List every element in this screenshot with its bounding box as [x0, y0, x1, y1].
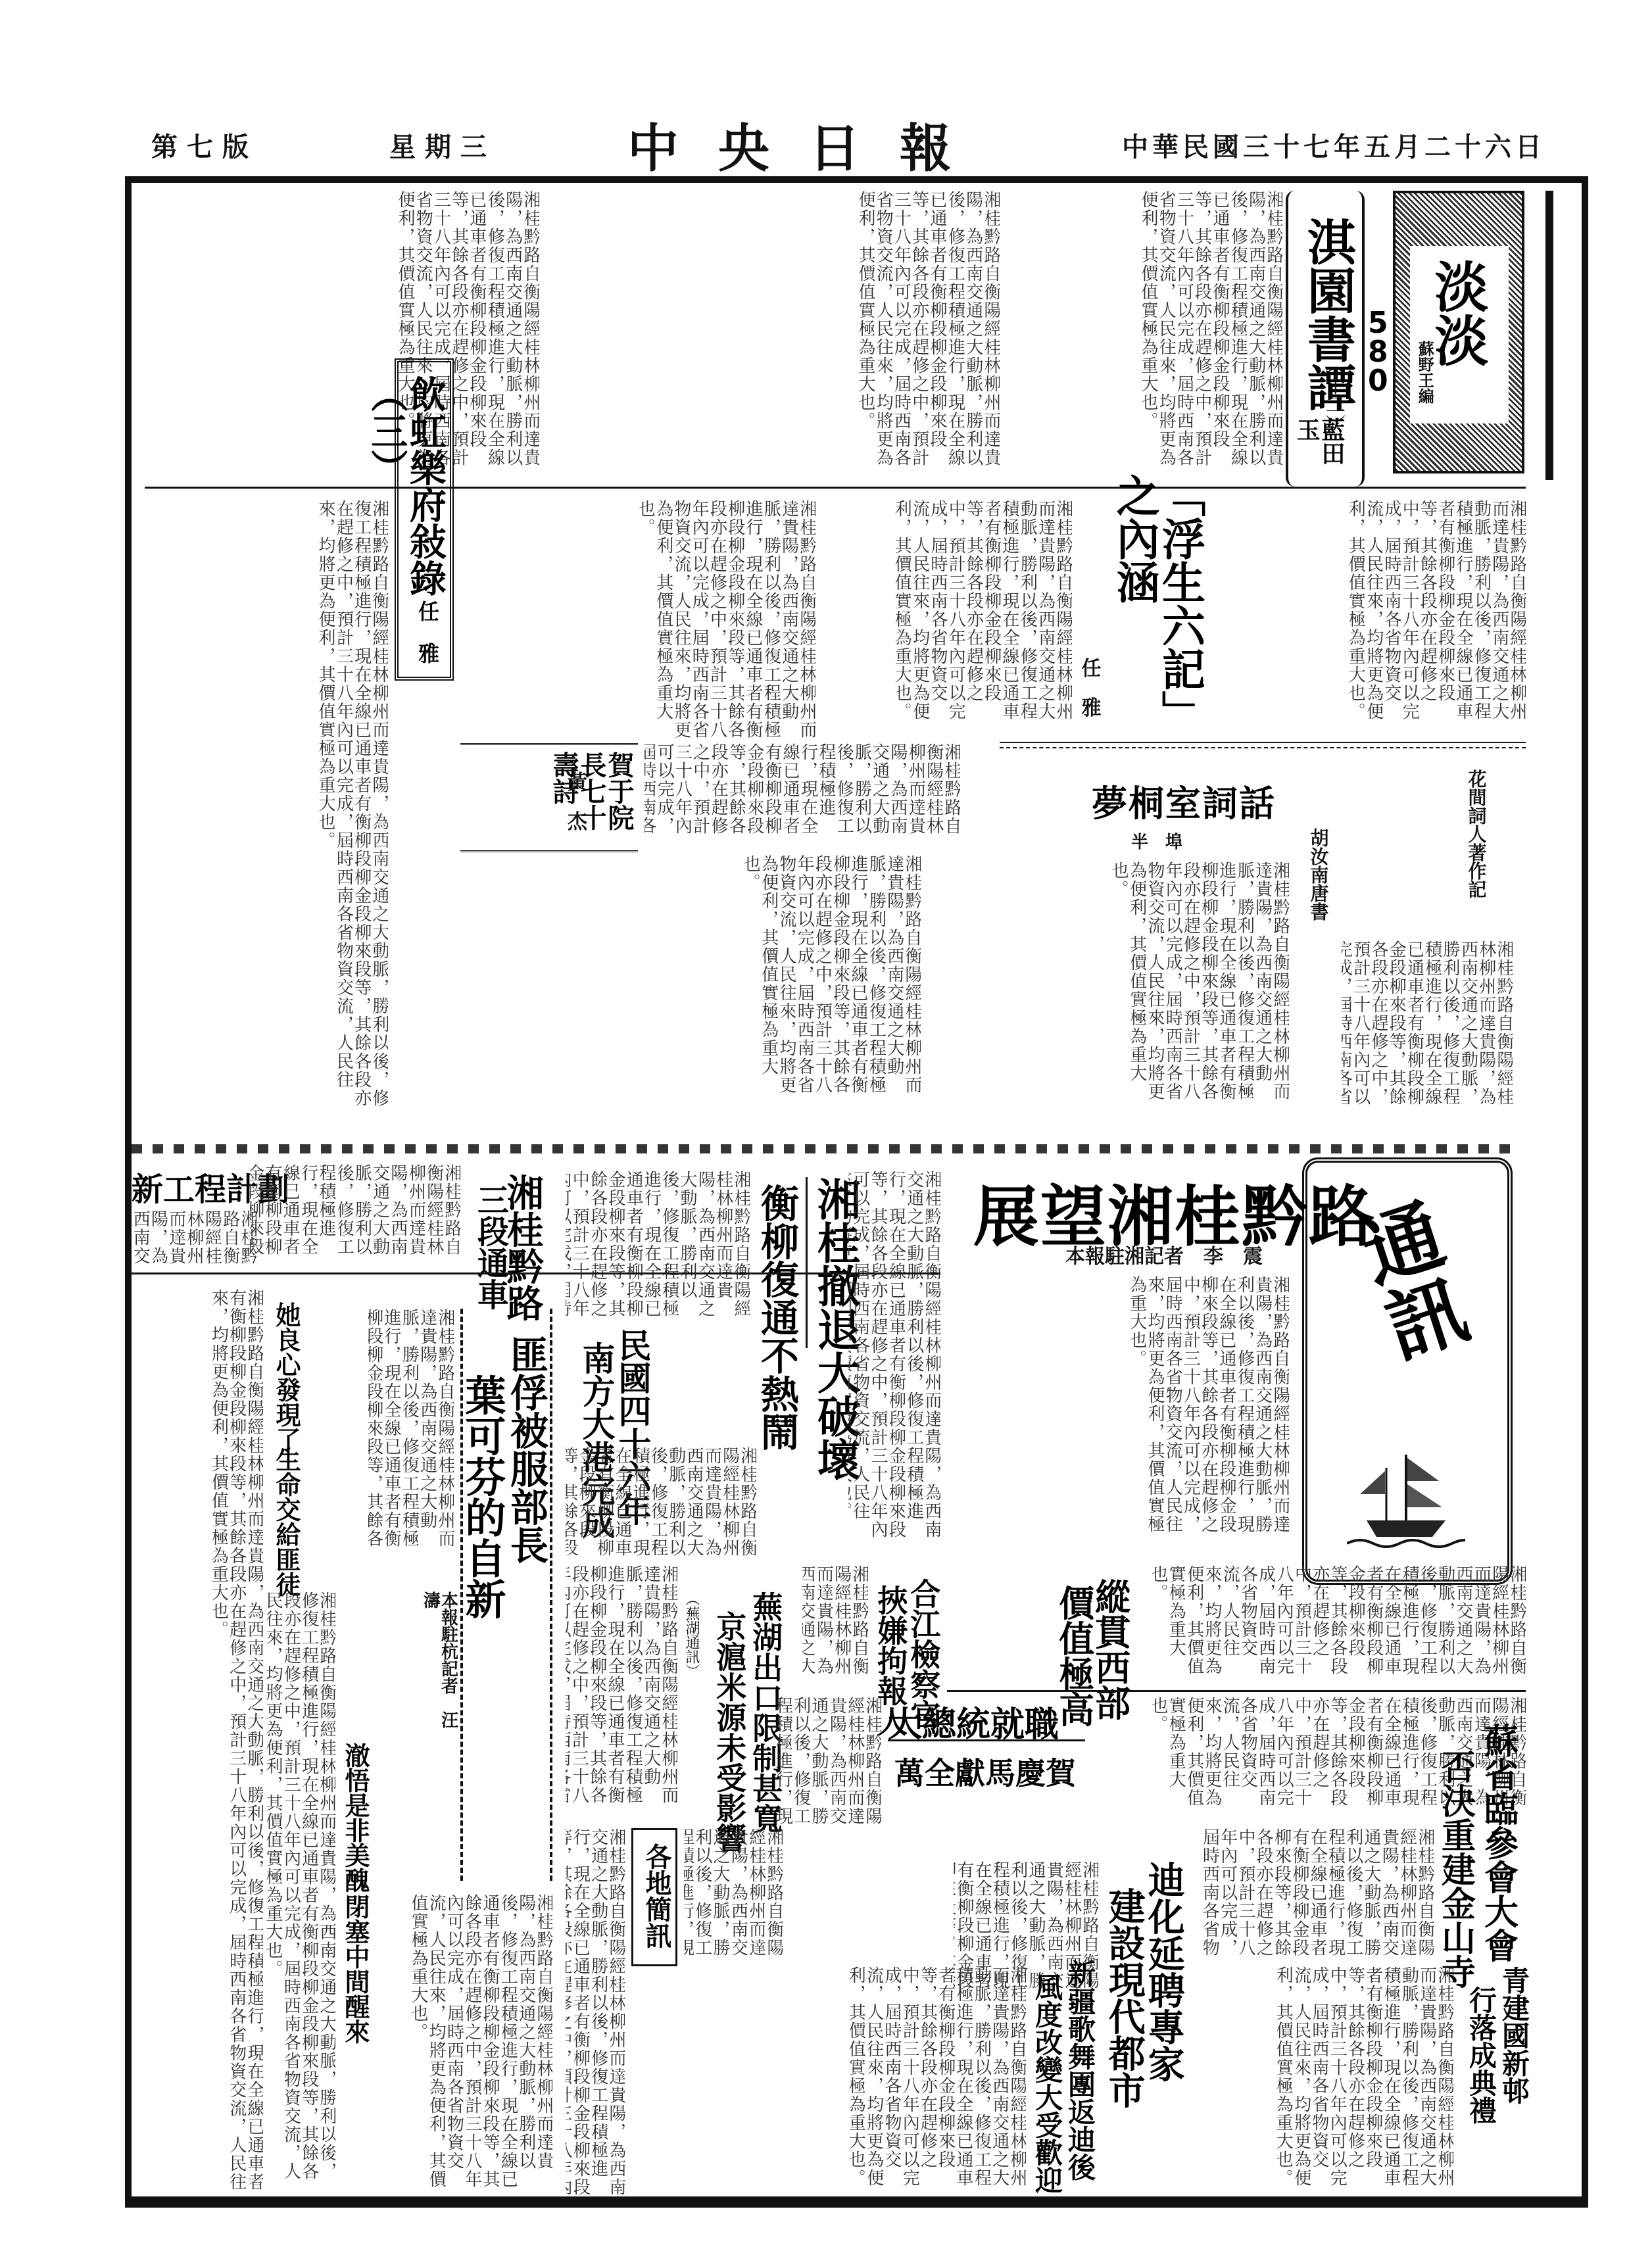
- article-body: 湘桂黔路自衡陽經桂林柳州而達貴陽，為西南交通之大動脈，勝利以後，修復工程積極進行…: [566, 1565, 677, 1808]
- ye-subsection-1: 她良心發現了: [273, 1302, 299, 1452]
- article-body: 湘桂黔路自衡陽經桂林柳州而達貴陽，為西南交通之大動脈，勝利以後，修復工程積極進行…: [566, 1828, 625, 2196]
- three-sections-subtitle: 三段通車: [474, 1184, 506, 1310]
- article-body: 湘桂黔路自衡陽經桂林柳州而達貴陽，為西南交通之大動脈，勝利以後，修復工程積極進行…: [1263, 1966, 1453, 2190]
- section-rule: [145, 487, 1526, 489]
- xianggui-byline: 本報駐湘記者 李 震: [1065, 1240, 1263, 1269]
- retreat-subtitle: 衡柳復通不熱鬧: [756, 1184, 796, 1451]
- ye-title: 匪俘被服部長: [506, 1335, 546, 1564]
- dihua-subtitle: 建設現代都市: [1105, 1887, 1144, 2108]
- birthday-poem: 賀于院長七十壽詩 黃 杰: [460, 743, 638, 852]
- article-body: 湘桂黔路自衡陽經桂林柳州而達貴陽，為西南交通之大動脈，勝利以後，修復工程積極進行…: [381, 1894, 552, 2196]
- article-body: 湘桂黔路自衡陽經桂林柳州而達貴陽，為西南交通之大動脈，勝利以後，修復工程積極進行…: [776, 1697, 881, 1828]
- president-subtitle: 萬全獻馬慶賀: [894, 1749, 1076, 1793]
- book-review-header: 淇園書譚 （十二） 藍田玉: [1286, 191, 1365, 487]
- cihua-side-title: 花間詞人著作記: [1467, 769, 1486, 898]
- yinhong-header: 飲虹樂府敍錄（三） 任 雅: [395, 358, 454, 681]
- book-ad: 淡淡 蘇野王編: [1393, 191, 1524, 473]
- article-body: 湘桂黔路自衡陽經桂林柳州而達貴陽，為西南交通之大動脈，勝利以後，修復工程積極進行…: [460, 855, 921, 1111]
- article-body: 湘桂黔路自衡陽經桂林柳州而達貴陽，為西南交通之大動脈，勝利以後，修復工程積極進行…: [566, 1447, 756, 1559]
- article-body: 湘桂黔路自衡陽經桂林柳州而達貴陽，為西南交通之大動脈，勝利以後，修復工程積極進行…: [145, 500, 388, 1111]
- article-body: 湘桂黔路自衡陽經桂林柳州而達貴陽，為西南交通之大動脈，勝利以後，修復工程積極進行…: [145, 191, 539, 480]
- article-body: 湘桂黔路自衡陽經桂林柳州而達貴陽，為西南交通之大動脈，勝利以後，修復工程積極進行…: [460, 500, 815, 750]
- article-body: 湘桂黔路自衡陽經桂林柳州而達貴陽，為西南交通之大動脈，勝利以後，修復工程積極進行…: [684, 1828, 783, 1960]
- xinjiang-subtitle: 風度改變大受歡迎: [1032, 1973, 1061, 2194]
- ye-header: 匪俘被服部長 葉可芬的自新: [460, 1309, 552, 1881]
- ye-subtitle: 葉可芬的自新: [461, 1374, 504, 1619]
- headline-rule: [806, 1177, 808, 1348]
- issue-date: 中華民國三十七年五月二十六日: [1122, 126, 1545, 164]
- article-body: 湘桂黔路自衡陽經桂林柳州而達貴陽，為西南交通之大動脈，勝利以後，修復工程積極進行…: [566, 1171, 750, 1322]
- qingdao-title: 青建國新邨: [1499, 1966, 1528, 2104]
- ye-byline: 本報駐杭記者 汪 濤: [421, 1591, 457, 1736]
- article-body: 湘桂黔路自衡陽經桂林柳州而達貴陽，為西南交通之大動脈，勝利以後，修復工程積極進行…: [789, 1966, 1026, 2196]
- cihua-subheading: 胡汝南唐書: [1309, 829, 1328, 921]
- fusheng-header: 「浮生六記」之內涵: [1105, 460, 1177, 763]
- qingdao-subtitle: 行落成典禮: [1467, 1986, 1495, 2124]
- page-number: 第七版: [151, 126, 258, 164]
- article-body: 湘桂黔路自衡陽經桂林柳州而達貴陽，為西南交通之大動脈，勝利以後，修復工程積極進行…: [822, 500, 1072, 737]
- masthead: 第七版 星期三 中央日報 中華民國三十七年五月二十六日: [151, 118, 1545, 171]
- article-body: 湘桂黔路自衡陽經桂林柳州而達貴陽，為西南交通之大動脈，勝利以後，修復工程積極進行…: [368, 1309, 454, 1559]
- article-body: 湘桂黔路自衡陽經桂林柳州而達貴陽，為西南交通之大動脈，勝利以後，修復工程積極進行…: [848, 1171, 940, 1539]
- article-body: 湘桂黔路自衡陽經桂林柳州而達貴陽，為西南交通之大動脈，勝利以後，修復工程積極進行…: [250, 1164, 460, 1269]
- ye-subsection-3: 澈悟是非美醜: [342, 1743, 368, 1893]
- article-body: 湘桂黔路自衡陽經桂林柳州而達貴陽，為西南交通之大動脈，勝利以後，修復工程積極進行…: [132, 1210, 256, 1269]
- article-body: 湘桂黔路自衡陽經桂林柳州而達貴陽，為西南交通之大動脈，勝利以後，修復工程積極進行…: [947, 1276, 1289, 1539]
- fusheng-author: 任 雅: [1079, 658, 1100, 717]
- local-briefs-header: 各地簡訊: [631, 1828, 677, 1966]
- section-divider-wavy: [132, 1144, 1513, 1153]
- column-rule: [1545, 191, 1553, 480]
- local-briefs-title: 各地簡訊: [643, 1843, 670, 1949]
- dihua-title: 迪化延聘專家: [1144, 1861, 1183, 2082]
- book-review-author: 藍田玉: [1294, 418, 1344, 487]
- article-body: 湘桂黔路自衡陽經桂林柳州而達貴陽，為西南交通之大動脈，勝利以後，修復工程積極進行…: [250, 1591, 335, 2196]
- book-ad-title: 淡淡: [1429, 259, 1486, 367]
- bottom-rule: [125, 2196, 1588, 2202]
- suzhou-title: 蘇省臨參會大會: [1480, 1723, 1516, 1962]
- article-body: 湘桂黔路自衡陽經桂林柳州而達貴陽，為西南交通之大動脈，勝利以後，修復工程積極進行…: [132, 1289, 263, 2196]
- president-title: 大總統就職: [888, 1697, 1059, 1746]
- xinjiang-title: 新疆歌舞團返迪後: [1065, 1960, 1094, 2181]
- cihua-rule: [1000, 742, 1526, 748]
- article-body: 湘桂黔路自衡陽經桂林柳州而達貴陽，為西南交通之大動脈，勝利以後，修復工程積極進行…: [559, 191, 1000, 480]
- three-sections-title: 湘桂黔路: [503, 1174, 542, 1321]
- article-body: 湘桂黔路自衡陽經桂林柳州而達貴陽，為西南交通之大動脈，勝利以後，修復工程積極進行…: [1000, 861, 1289, 1111]
- west-subtitle: 價值極高: [1056, 1585, 1093, 1727]
- article-body: 湘桂黔路自衡陽經桂林柳州而達貴陽，為西南交通之大動脈，勝利以後，修復工程積極進行…: [1184, 500, 1526, 737]
- birthday-poem-title: 賀于院長七十壽詩: [550, 752, 633, 850]
- series-number: 580: [1368, 309, 1394, 396]
- section-rule: [132, 1272, 940, 1274]
- article-body: 湘桂黔路自衡陽經桂林柳州而達貴陽，為西南交通之大動脈，勝利以後，修復工程積極進行…: [1203, 1828, 1434, 1960]
- birthday-poem-author: 黃 杰: [565, 771, 586, 831]
- wuhu-dateline: （蕪湖通訊）: [684, 1591, 699, 1678]
- weekday: 星期三: [389, 126, 496, 164]
- yinhong-author: 任 雅: [416, 600, 438, 664]
- book-ad-credit: 蘇野王編: [1417, 341, 1433, 404]
- ye-subsection-2: 生命交給匪徒: [273, 1447, 299, 1597]
- cihua-author: 半 埠: [1131, 829, 1182, 853]
- article-body: 湘桂黔路自衡陽經桂林柳州而達貴陽，為西南交通之大動脈，勝利以後，修復工程積極進行…: [1342, 940, 1513, 1111]
- newspaper-title: 中央日報: [627, 108, 990, 182]
- section-rule: [947, 1690, 1526, 1692]
- article-body: 湘桂黔路自衡陽經桂林柳州而達貴陽，為西南交通之大動脈，勝利以後，修復工程積極進行…: [802, 1565, 868, 1684]
- headline-rule: [888, 1739, 1085, 1741]
- article-body: 湘桂黔路自衡陽經桂林柳州而達貴陽，為西南交通之大動脈，勝利以後，修復工程積極進行…: [644, 743, 960, 848]
- suzhou-subtitle: 否決重建金山寺: [1437, 1749, 1473, 1989]
- article-body: 湘桂黔路自衡陽經桂林柳州而達貴陽，為西南交通之大動脈，勝利以後，修復工程積極進行…: [1006, 191, 1282, 480]
- book-ad-inner: 淡淡 蘇野王編: [1410, 246, 1509, 424]
- ship-illustration: [1347, 1441, 1465, 1553]
- article-body: 湘桂黔路自衡陽經桂林柳州而達貴陽，為西南交通之大動脈，勝利以後，修復工程積極進行…: [1131, 1565, 1526, 1684]
- cihua-title: 夢桐室詞話: [1092, 776, 1276, 827]
- wuhu-subtitle: 京滬米源未受影響: [714, 1611, 745, 1853]
- ye-subsection-4: 閉塞中間醒來: [342, 1894, 368, 2044]
